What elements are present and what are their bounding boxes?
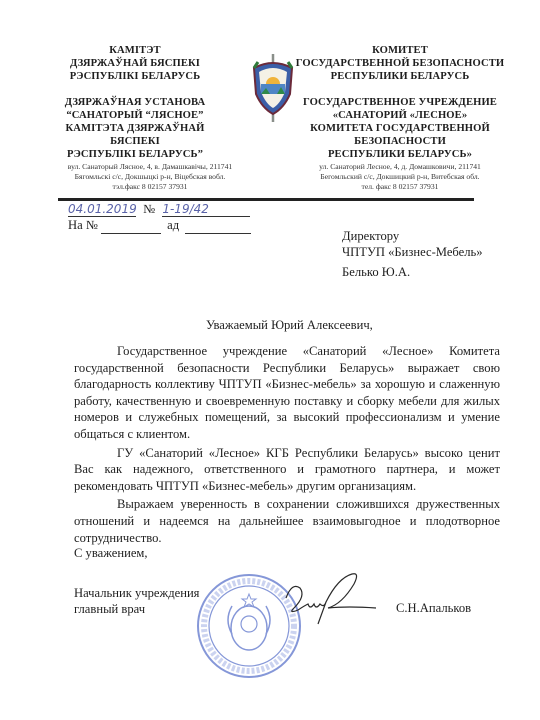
salutation: Уважаемый Юрий Алексеевич, bbox=[206, 318, 373, 333]
letterhead-right-unit: ГОСУДАРСТВЕННОЕ УЧРЕЖДЕНИЕ «САНАТОРИЙ «Л… bbox=[295, 96, 505, 161]
signer-title-line: Начальник учреждения bbox=[74, 585, 199, 601]
org-line: РЕСПУБЛИКИ БЕЛАРУСЬ bbox=[295, 70, 505, 83]
org-line: РЭСПУБЛІКІ БЕЛАРУСЬ bbox=[40, 70, 230, 83]
signer-title-line: главный врач bbox=[74, 601, 199, 617]
unit-line: “САНАТОРЫЙ “ЛЯСНОЕ” bbox=[40, 109, 230, 122]
addressee-name: Белько Ю.А. bbox=[342, 264, 483, 280]
org-line: КОМИТЕТ bbox=[295, 44, 505, 57]
addressee-block: Директору ЧПТУП «Бизнес-Мебель» Белько Ю… bbox=[342, 228, 483, 280]
unit-line: БЕЗОПАСНОСТИ bbox=[295, 135, 505, 148]
paragraph: Выражаем уверенность в сохранении сложив… bbox=[74, 496, 500, 546]
signer-name: С.Н.Апальков bbox=[396, 601, 471, 616]
unit-line: КОМИТЕТА ГОСУДАРСТВЕННОЙ bbox=[295, 122, 505, 135]
address-line: Бягомльскі с/с, Докшыцкі р-н, Віцебская … bbox=[40, 172, 260, 182]
paragraph: Государственное учреждение «Санаторий «Л… bbox=[74, 343, 500, 443]
paragraph: ГУ «Санаторий «Лесное» КГБ Республики Бе… bbox=[74, 445, 500, 495]
number-label: № bbox=[143, 202, 155, 216]
letterhead-left-unit: ДЗЯРЖАЎНАЯ УСТАНОВА “САНАТОРЫЙ “ЛЯСНОЕ” … bbox=[40, 96, 230, 161]
address-line: Бегомльский с/с, Докшицкий р-н, Витебска… bbox=[295, 172, 505, 182]
letterhead-right-org: КОМИТЕТ ГОСУДАРСТВЕННОЙ БЕЗОПАСНОСТИ РЕС… bbox=[295, 44, 505, 83]
unit-line: «САНАТОРИЙ «ЛЕСНОЕ» bbox=[295, 109, 505, 122]
reply-date-blank bbox=[185, 218, 251, 234]
signature-icon bbox=[278, 568, 388, 628]
address-line: вул. Санаторый Лясное, 4, в. Дамашкавічы… bbox=[40, 162, 260, 172]
from-label: ад bbox=[167, 218, 179, 232]
address-line: тел. факс 8 02157 37931 bbox=[295, 182, 505, 192]
addressee-position: Директору bbox=[342, 228, 483, 244]
address-line: тэл.факс 8 02157 37931 bbox=[40, 182, 260, 192]
unit-line: ГОСУДАРСТВЕННОЕ УЧРЕЖДЕНИЕ bbox=[295, 96, 505, 109]
reply-line: На № ад bbox=[68, 218, 251, 234]
org-line: КАМІТЭТ bbox=[40, 44, 230, 57]
letterhead-divider bbox=[58, 198, 474, 201]
letterhead-left-address: вул. Санаторый Лясное, 4, в. Дамашкавічы… bbox=[40, 162, 260, 192]
number-handwritten: 1-19/42 bbox=[162, 202, 250, 217]
closing: С уважением, bbox=[74, 546, 148, 561]
letterhead-left-org: КАМІТЭТ ДЗЯРЖАЎНАЙ БЯСПЕКІ РЭСПУБЛІКІ БЕ… bbox=[40, 44, 230, 83]
org-line: ГОСУДАРСТВЕННОЙ БЕЗОПАСНОСТИ bbox=[295, 57, 505, 70]
org-line: ДЗЯРЖАЎНАЙ БЯСПЕКІ bbox=[40, 57, 230, 70]
unit-line: РЕСПУБЛИКИ БЕЛАРУСЬ» bbox=[295, 148, 505, 161]
reference-line: 04.01.2019 № 1-19/42 bbox=[68, 202, 250, 217]
unit-line: КАМІТЭТА ДЗЯРЖАЎНАЙ bbox=[40, 122, 230, 135]
unit-line: ДЗЯРЖАЎНАЯ УСТАНОВА bbox=[40, 96, 230, 109]
letterhead-right-address: ул. Санаторий Лесное, 4, д. Домашковичи,… bbox=[295, 162, 505, 192]
address-line: ул. Санаторий Лесное, 4, д. Домашковичи,… bbox=[295, 162, 505, 172]
letter-body: Государственное учреждение «Санаторий «Л… bbox=[74, 343, 500, 546]
reply-label: На № bbox=[68, 218, 98, 232]
unit-line: РЭСПУБЛІКІ БЕЛАРУСЬ” bbox=[40, 148, 230, 161]
addressee-company: ЧПТУП «Бизнес-Мебель» bbox=[342, 244, 483, 260]
date-handwritten: 04.01.2019 bbox=[68, 202, 136, 217]
unit-line: БЯСПЕКІ bbox=[40, 135, 230, 148]
reply-number-blank bbox=[101, 218, 161, 234]
signer-title: Начальник учреждения главный врач bbox=[74, 585, 199, 617]
kgb-shield-emblem-icon bbox=[250, 52, 296, 124]
